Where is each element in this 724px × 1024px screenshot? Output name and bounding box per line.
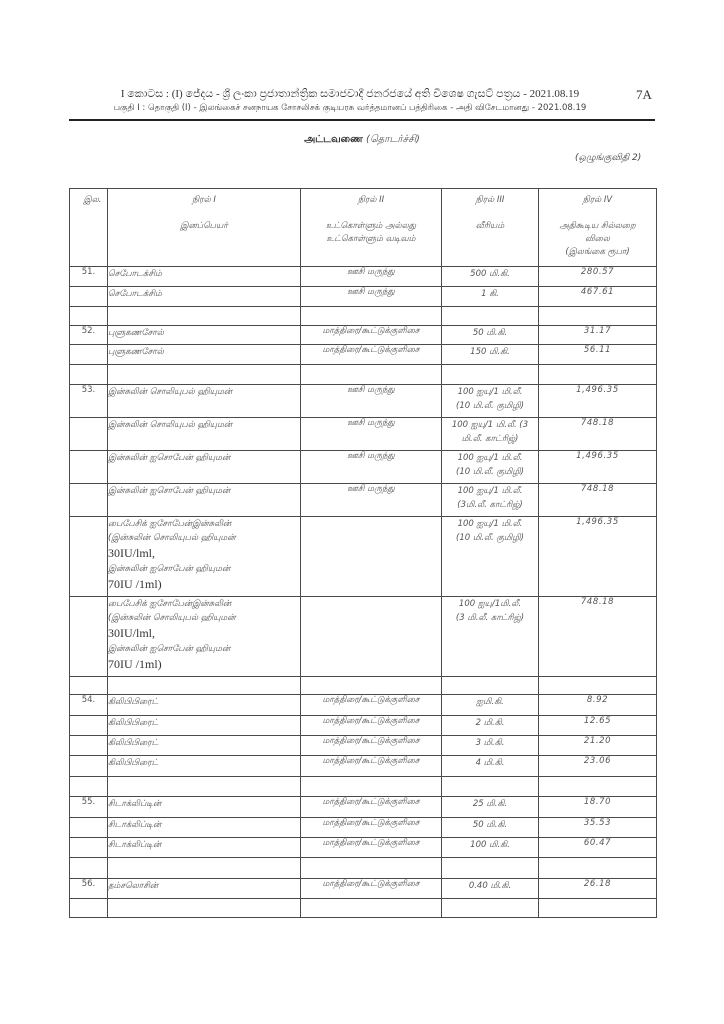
generic-name: பைபேசிக் ஐசோபேன்இன்சுலின் (இன்சுலின் சொல… bbox=[108, 597, 301, 677]
item-number bbox=[70, 517, 108, 597]
table-row: 52. புளுகணசோல் மாத்திரை/கூட்டுக்குளிசை 5… bbox=[70, 326, 657, 345]
table-row: சிடாக்லிப்டின் மாத்திரை/கூட்டுக்குளிசை 5… bbox=[70, 818, 657, 838]
table-header-row: இல. நிரல் I இனப்பெயர் நிரல் II உட்கொள்ளு… bbox=[70, 189, 657, 267]
item-number bbox=[70, 287, 108, 307]
dosage-form: ஊசி மருந்து bbox=[301, 484, 442, 517]
item-number: 54. bbox=[70, 695, 108, 716]
schedule-title: அட்டவணை (தொடர்ச்சி) bbox=[0, 134, 724, 146]
header-no: இல. bbox=[70, 189, 108, 267]
strength: 100 ஐயு/1மி.லீ.(3 மி.லீ. காட்ரிஜ்) bbox=[442, 597, 539, 677]
max-retail-price: 748.18 bbox=[539, 597, 657, 677]
item-number bbox=[70, 818, 108, 838]
dosage-form: மாத்திரை/கூட்டுக்குளிசை bbox=[301, 818, 442, 838]
table-row: 51. செபோடக்சிம் ஊசி மருந்து 500 மி.கி. 2… bbox=[70, 267, 657, 287]
table-row-spacer bbox=[70, 777, 657, 797]
generic-name: இன்சுலின் சொலியுபல் ஹியுமன் bbox=[108, 385, 301, 418]
dosage-form: ஊசி மருந்து bbox=[301, 287, 442, 307]
strength: 2 மி.கி. bbox=[442, 716, 539, 736]
gazette-header-sinhala: I කොටස : (I) ජේදය - ශ්‍රී ලංකා ප්‍රජාතාන… bbox=[90, 88, 610, 101]
table-row: இன்சுலின் ஐசொபேன் ஹியுமன் ஊசி மருந்து 10… bbox=[70, 484, 657, 517]
table-row-spacer bbox=[70, 307, 657, 326]
item-number bbox=[70, 484, 108, 517]
max-retail-price: 60.47 bbox=[539, 838, 657, 858]
strength: 4 மி.கி. bbox=[442, 756, 539, 777]
strength: 100 ஐயு/1 மி.லீ. (3மி.லீ. காட்ரிஜ்) bbox=[442, 418, 539, 451]
max-retail-price: 1,496.35 bbox=[539, 385, 657, 418]
dosage-form bbox=[301, 597, 442, 677]
table-row: பைபேசிக் ஐசோபேன்இன்சுலின் (இன்சுலின் சொல… bbox=[70, 517, 657, 597]
generic-name: பைபேசிக் ஐசோபேன்இன்சுலின் (இன்சுலின் சொல… bbox=[108, 517, 301, 597]
generic-name: சிடாக்லிப்டின் bbox=[108, 797, 301, 818]
header-divider bbox=[69, 119, 655, 121]
schedule-title-suffix: (தொடர்ச்சி) bbox=[366, 134, 420, 145]
item-number: 52. bbox=[70, 326, 108, 345]
item-number: 55. bbox=[70, 797, 108, 818]
strength: 50 மி.கி. bbox=[442, 818, 539, 838]
strength: 100 ஐயு/1 மி.லீ.(10 மி.லீ. குமிழி) bbox=[442, 385, 539, 418]
generic-name: கிலிபிபிரைட் bbox=[108, 695, 301, 716]
page-number: 7A bbox=[636, 87, 652, 103]
strength: 25 மி.கி. bbox=[442, 797, 539, 818]
table-row: செபோடக்சிம் ஊசி மருந்து 1 கி. 467.61 bbox=[70, 287, 657, 307]
dosage-form: மாத்திரை/கூட்டுக்குளிசை bbox=[301, 736, 442, 756]
item-number bbox=[70, 838, 108, 858]
strength: 500 மி.கி. bbox=[442, 267, 539, 287]
generic-name: இன்சுலின் சொலியுபல் ஹியுமன் bbox=[108, 418, 301, 451]
dosage-form: மாத்திரை/கூட்டுக்குளிசை bbox=[301, 756, 442, 777]
max-retail-price: 23.06 bbox=[539, 756, 657, 777]
regulation-reference: (ஒழுங்குவிதி 2) bbox=[575, 153, 641, 164]
item-number: 51. bbox=[70, 267, 108, 287]
max-retail-price: 56.11 bbox=[539, 345, 657, 365]
table-row: சிடாக்லிப்டின் மாத்திரை/கூட்டுக்குளிசை 1… bbox=[70, 838, 657, 858]
max-retail-price: 1,496.35 bbox=[539, 517, 657, 597]
strength: 1 கி. bbox=[442, 287, 539, 307]
table-row-spacer bbox=[70, 858, 657, 879]
generic-name: கிலிபிபிரைட் bbox=[108, 756, 301, 777]
table-row: இன்சுலின் சொலியுபல் ஹியுமன் ஊசி மருந்து … bbox=[70, 418, 657, 451]
generic-name: செபோடக்சிம் bbox=[108, 267, 301, 287]
strength: 0.40 மி.கி. bbox=[442, 879, 539, 899]
strength: 100 ஐயு/1 மி.லீ.(10 மி.லீ. குமிழி) bbox=[442, 517, 539, 597]
table-row: கிலிபிபிரைட் மாத்திரை/கூட்டுக்குளிசை 3 ம… bbox=[70, 736, 657, 756]
dosage-form: மாத்திரை/கூட்டுக்குளிசை bbox=[301, 716, 442, 736]
dosage-form: மாத்திரை/கூட்டுக்குளிசை bbox=[301, 345, 442, 365]
dosage-form: மாத்திரை/கூட்டுக்குளிசை bbox=[301, 879, 442, 899]
max-retail-price: 18.70 bbox=[539, 797, 657, 818]
max-retail-price: 31.17 bbox=[539, 326, 657, 345]
max-retail-price: 748.18 bbox=[539, 418, 657, 451]
table-row: 54. கிலிபிபிரைட் மாத்திரை/கூட்டுக்குளிசை… bbox=[70, 695, 657, 716]
table-row: கிலிபிபிரைட் மாத்திரை/கூட்டுக்குளிசை 2 ம… bbox=[70, 716, 657, 736]
strength: 100 ஐயு/1 மி.லீ.(3மி.லீ. காட்ரிஜ்) bbox=[442, 484, 539, 517]
header-col3: நிரல் III வீரியம் bbox=[442, 189, 539, 267]
item-number: 56. bbox=[70, 879, 108, 899]
item-number: 53. bbox=[70, 385, 108, 418]
max-retail-price: 748.18 bbox=[539, 484, 657, 517]
dosage-form bbox=[301, 517, 442, 597]
dosage-form: மாத்திரை/கூட்டுக்குளிசை bbox=[301, 695, 442, 716]
dosage-form: ஊசி மருந்து bbox=[301, 451, 442, 484]
generic-name: கிலிபிபிரைட் bbox=[108, 736, 301, 756]
item-number bbox=[70, 597, 108, 677]
max-retail-price: 8.92 bbox=[539, 695, 657, 716]
generic-name: இன்சுலின் ஐசொபேன் ஹியுமன் bbox=[108, 451, 301, 484]
generic-name: சிடாக்லிப்டின் bbox=[108, 818, 301, 838]
table-row: பைபேசிக் ஐசோபேன்இன்சுலின் (இன்சுலின் சொல… bbox=[70, 597, 657, 677]
generic-name: இன்சுலின் ஐசொபேன் ஹியுமன் bbox=[108, 484, 301, 517]
item-number bbox=[70, 756, 108, 777]
generic-name: புளுகணசோல் bbox=[108, 345, 301, 365]
max-retail-price: 26.18 bbox=[539, 879, 657, 899]
max-retail-price: 1,496.35 bbox=[539, 451, 657, 484]
header-col4: நிரல் IV அதிகூடிய சில்லறைவிலை(இலங்கை ரூப… bbox=[539, 189, 657, 267]
dosage-form: ஊசி மருந்து bbox=[301, 418, 442, 451]
price-schedule-table: இல. நிரல் I இனப்பெயர் நிரல் II உட்கொள்ளு… bbox=[69, 188, 657, 918]
generic-name: புளுகணசோல் bbox=[108, 326, 301, 345]
item-number bbox=[70, 736, 108, 756]
max-retail-price: 21.20 bbox=[539, 736, 657, 756]
generic-name: கிலிபிபிரைட் bbox=[108, 716, 301, 736]
max-retail-price: 280.57 bbox=[539, 267, 657, 287]
table-row: கிலிபிபிரைட் மாத்திரை/கூட்டுக்குளிசை 4 ம… bbox=[70, 756, 657, 777]
table-row-spacer bbox=[70, 899, 657, 918]
header-col2: நிரல் II உட்கொள்ளும் அல்லதுஉட்கொள்ளும் வ… bbox=[301, 189, 442, 267]
item-number bbox=[70, 451, 108, 484]
strength: ஐமி.கி. bbox=[442, 695, 539, 716]
strength: 150 மி.கி. bbox=[442, 345, 539, 365]
schedule-title-main: அட்டவணை bbox=[304, 134, 363, 145]
strength: 100 மி.கி. bbox=[442, 838, 539, 858]
item-number bbox=[70, 716, 108, 736]
table-row-spacer bbox=[70, 677, 657, 695]
dosage-form: ஊசி மருந்து bbox=[301, 385, 442, 418]
table-row: 55. சிடாக்லிப்டின் மாத்திரை/கூட்டுக்குளி… bbox=[70, 797, 657, 818]
strength: 100 ஐயு/1 மி.லீ.(10 மி.லீ. குமிழி) bbox=[442, 451, 539, 484]
max-retail-price: 35.53 bbox=[539, 818, 657, 838]
gazette-header-tamil: பகுதி I : தொகுதி (I) - இலங்கைச் சனநாயக ச… bbox=[90, 103, 610, 114]
max-retail-price: 467.61 bbox=[539, 287, 657, 307]
table-row: இன்சுலின் ஐசொபேன் ஹியுமன் ஊசி மருந்து 10… bbox=[70, 451, 657, 484]
item-number bbox=[70, 418, 108, 451]
table-row-spacer bbox=[70, 365, 657, 385]
dosage-form: மாத்திரை/கூட்டுக்குளிசை bbox=[301, 797, 442, 818]
table-row: புளுகணசோல் மாத்திரை/கூட்டுக்குளிசை 150 ம… bbox=[70, 345, 657, 365]
generic-name: தம்சலொசின் bbox=[108, 879, 301, 899]
header-col1: நிரல் I இனப்பெயர் bbox=[108, 189, 301, 267]
table-row: 56. தம்சலொசின் மாத்திரை/கூட்டுக்குளிசை 0… bbox=[70, 879, 657, 899]
table-row: 53. இன்சுலின் சொலியுபல் ஹியுமன் ஊசி மருந… bbox=[70, 385, 657, 418]
generic-name: சிடாக்லிப்டின் bbox=[108, 838, 301, 858]
item-number bbox=[70, 345, 108, 365]
dosage-form: மாத்திரை/கூட்டுக்குளிசை bbox=[301, 838, 442, 858]
dosage-form: மாத்திரை/கூட்டுக்குளிசை bbox=[301, 326, 442, 345]
max-retail-price: 12.65 bbox=[539, 716, 657, 736]
strength: 3 மி.கி. bbox=[442, 736, 539, 756]
dosage-form: ஊசி மருந்து bbox=[301, 267, 442, 287]
generic-name: செபோடக்சிம் bbox=[108, 287, 301, 307]
strength: 50 மி.கி. bbox=[442, 326, 539, 345]
